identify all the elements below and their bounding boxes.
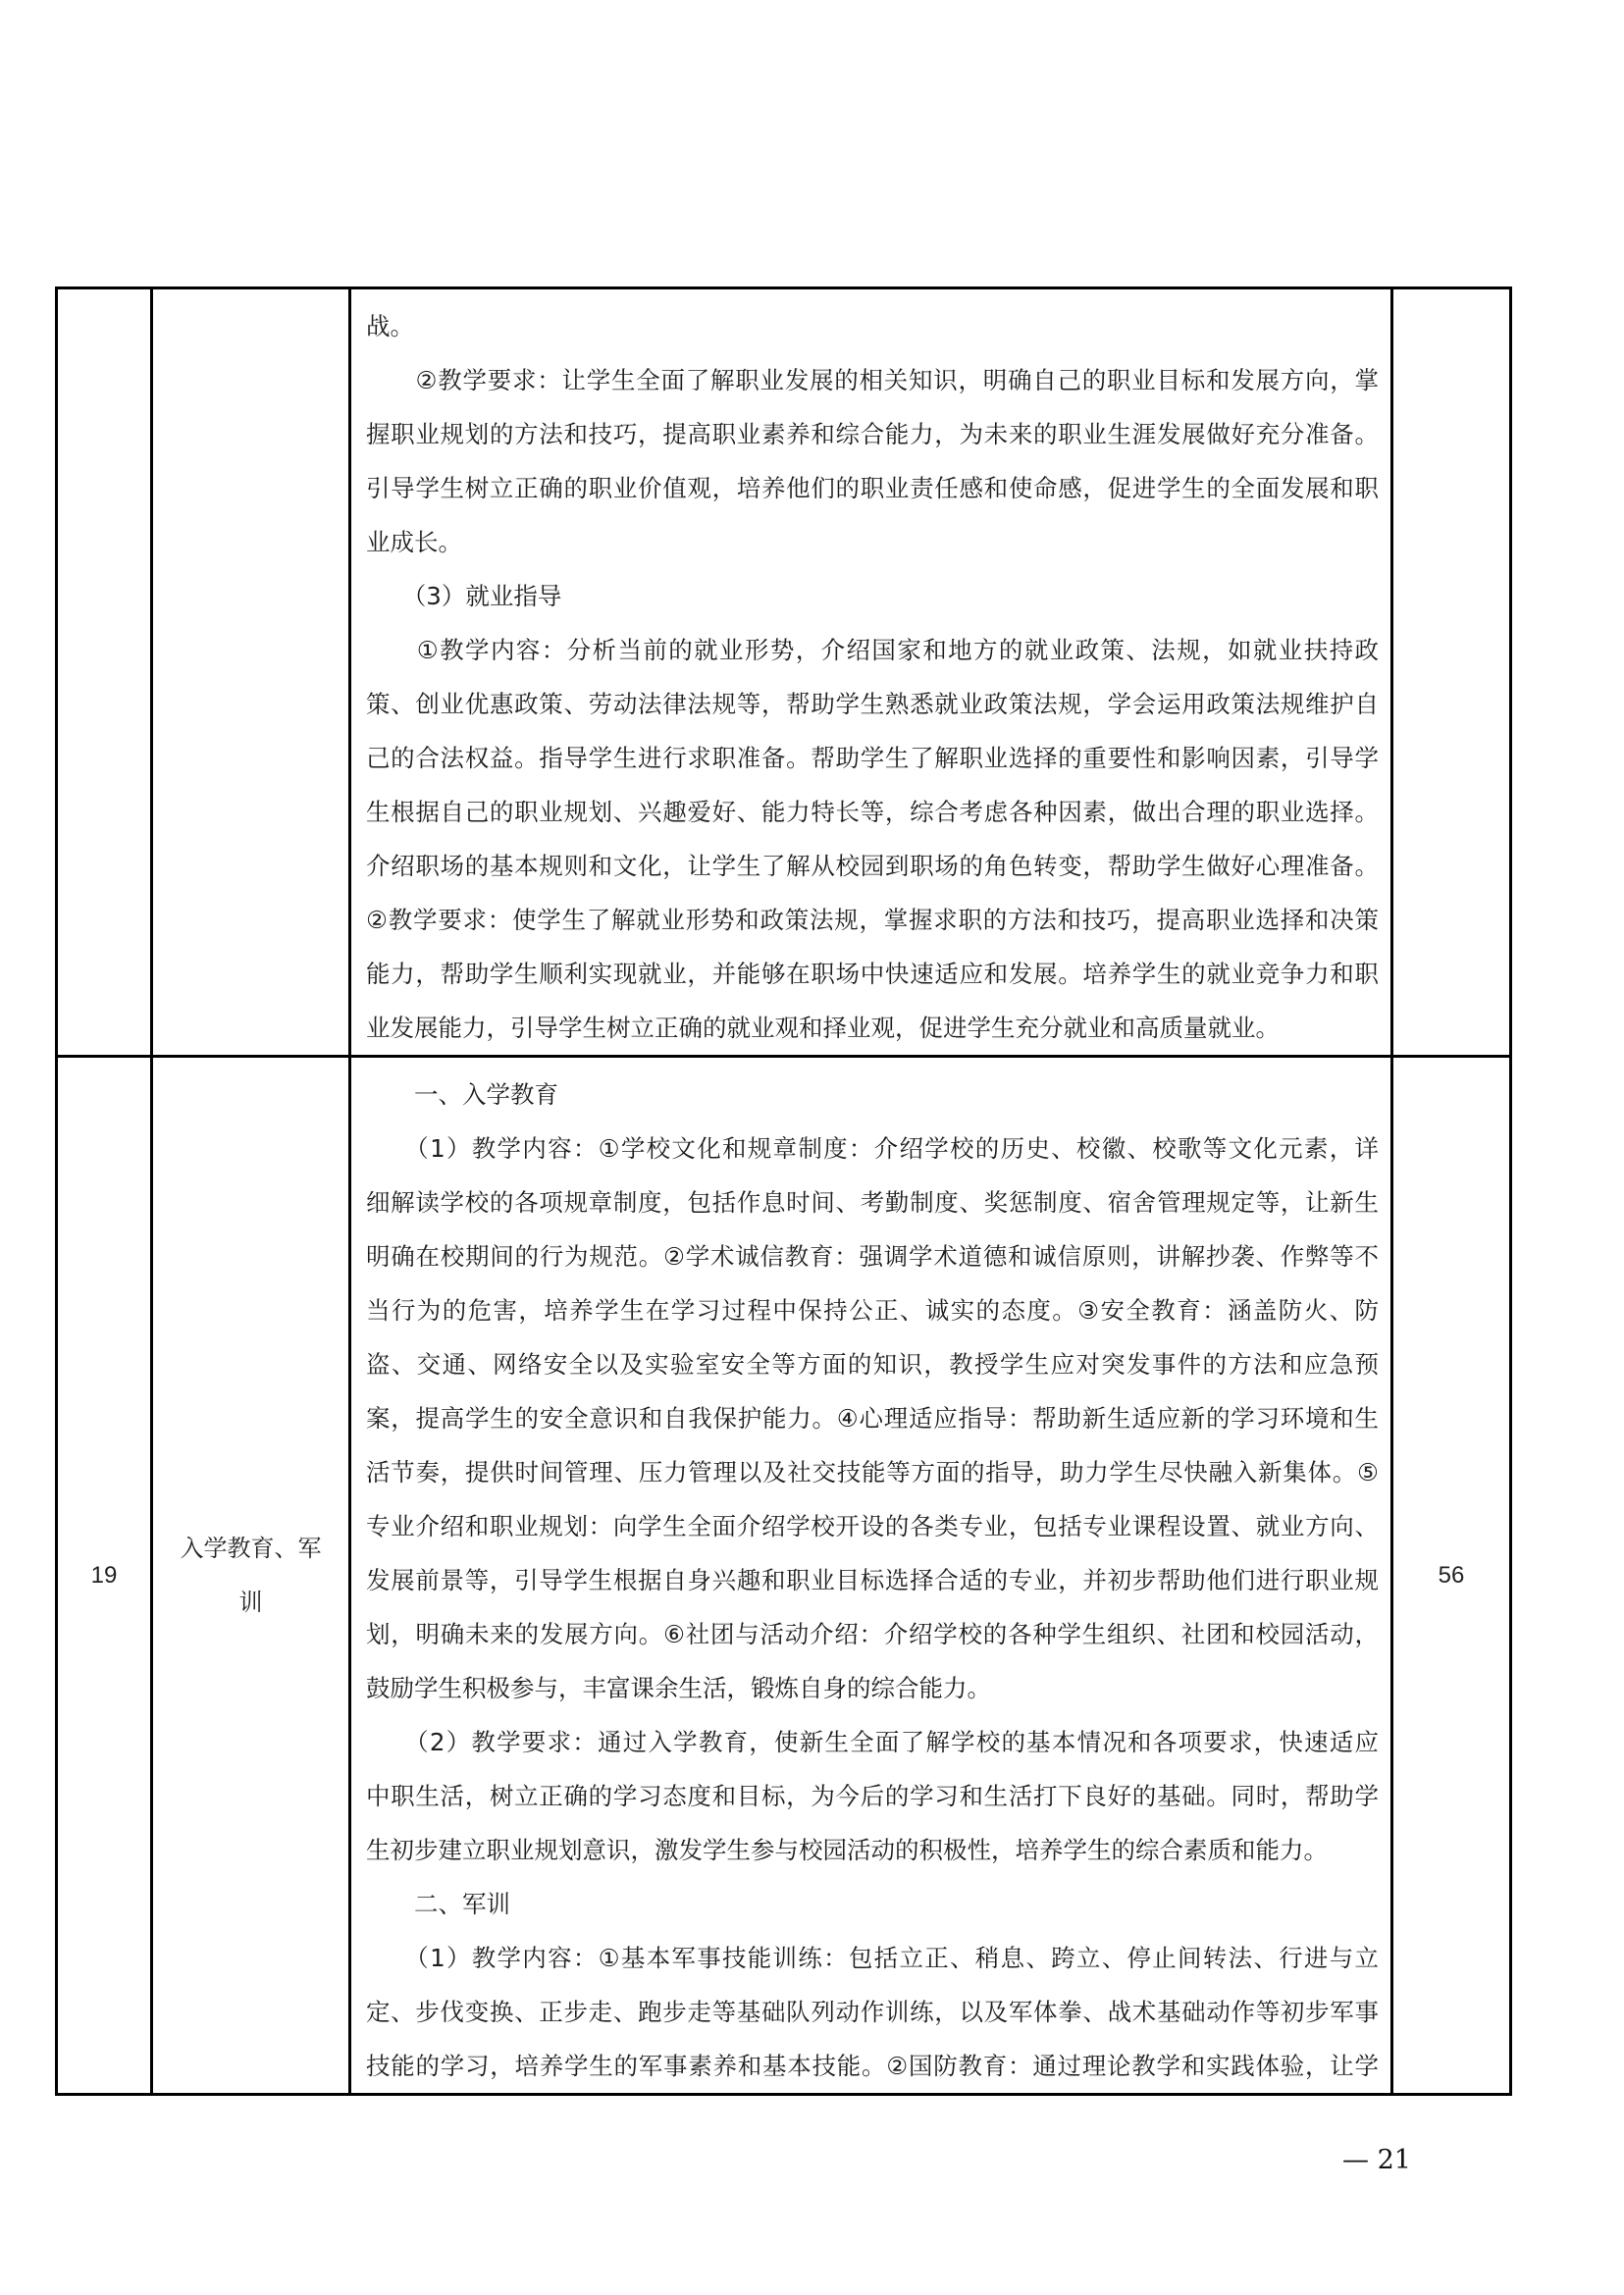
content-line: 握职业规划的方法和技巧，提高职业素养和综合能力，为未来的职业生涯发展做好充分准备… [366,407,1379,461]
row-number-cell [57,288,152,1057]
content-line: 定、步伐变换、正步走、跑步走等基础队列动作训练，以及军体拳、战术基础动作等初步军… [366,1985,1379,2039]
content-line: 专业介绍和职业规划：向学生全面介绍学校开设的各类专业，包括专业课程设置、就业方向… [366,1499,1379,1553]
content-line: ②教学要求：使学生了解就业形势和政策法规，掌握求职的方法和技巧，提高职业选择和决… [366,893,1379,947]
content-line: 活节奏，提供时间管理、压力管理以及社交技能等方面的指导，助力学生尽快融入新集体。… [366,1445,1379,1499]
content-line: （3）就业指导 [366,569,1379,623]
content-line: 生初步建立职业规划意识，激发学生参与校园活动的积极性，培养学生的综合素质和能力。 [366,1823,1379,1877]
content-line: 当行为的危害，培养学生在学习过程中保持公正、诚实的态度。③安全教育：涵盖防火、防 [366,1283,1379,1337]
content-line: （1）教学内容：①基本军事技能训练：包括立正、稍息、跨立、停止间转法、行进与立 [366,1931,1379,1985]
content-line: ①教学内容：分析当前的就业形势，介绍国家和地方的就业政策、法规，如就业扶持政 [366,623,1379,677]
content-lines: 战。 ②教学要求：让学生全面了解职业发展的相关知识，明确自己的职业目标和发展方向… [366,299,1379,1055]
hours-cell [1392,288,1511,1057]
course-name-cell [152,288,350,1057]
course-name-line: 入学教育、军 [165,1522,337,1576]
course-name-cell: 入学教育、军 训 [152,1057,350,2095]
content-line: 引导学生树立正确的职业价值观，培养他们的职业责任感和使命感，促进学生的全面发展和… [366,461,1379,515]
document-page: 战。 ②教学要求：让学生全面了解职业发展的相关知识，明确自己的职业目标和发展方向… [0,0,1624,2295]
content-line: 己的合法权益。指导学生进行求职准备。帮助学生了解职业选择的重要性和影响因素，引导… [366,731,1379,785]
table-row: 19 入学教育、军 训 一、入学教育 （1）教学内容：①学校文化和规章制度：介绍… [57,1057,1511,2095]
content-line: （1）教学内容：①学校文化和规章制度：介绍学校的历史、校徽、校歌等文化元素，详 [366,1121,1379,1175]
content-line: 明确在校期间的行为规范。②学术诚信教育：强调学术道德和诚信原则，讲解抄袭、作弊等… [366,1229,1379,1283]
content-line: 战。 [366,299,1379,353]
content-lines: 一、入学教育 （1）教学内容：①学校文化和规章制度：介绍学校的历史、校徽、校歌等… [366,1068,1379,2093]
content-line: 介绍职场的基本规则和文化，让学生了解从校园到职场的角色转变，帮助学生做好心理准备… [366,839,1379,893]
curriculum-table: 战。 ②教学要求：让学生全面了解职业发展的相关知识，明确自己的职业目标和发展方向… [55,287,1512,2096]
page-number: — 21 [1342,2145,1411,2175]
content-line: 生根据自己的职业规划、兴趣爱好、能力特长等，综合考虑各种因素，做出合理的职业选择… [366,785,1379,839]
content-line: 业发展能力，引导学生树立正确的就业观和择业观，促进学生充分就业和高质量就业。 [366,1001,1379,1055]
content-line: 鼓励学生积极参与，丰富课余生活，锻炼自身的综合能力。 [366,1661,1379,1715]
course-content-cell: 一、入学教育 （1）教学内容：①学校文化和规章制度：介绍学校的历史、校徽、校歌等… [350,1057,1392,2095]
content-line: 策、创业优惠政策、劳动法律法规等，帮助学生熟悉就业政策法规，学会运用政策法规维护… [366,677,1379,731]
content-line: 细解读学校的各项规章制度，包括作息时间、考勤制度、奖惩制度、宿舍管理规定等，让新… [366,1175,1379,1229]
hours-cell: 56 [1392,1057,1511,2095]
content-line: 案，提高学生的安全意识和自我保护能力。④心理适应指导：帮助新生适应新的学习环境和… [366,1391,1379,1445]
table-row: 战。 ②教学要求：让学生全面了解职业发展的相关知识，明确自己的职业目标和发展方向… [57,288,1511,1057]
content-line: 业成长。 [366,515,1379,569]
content-line: （2）教学要求：通过入学教育，使新生全面了解学校的基本情况和各项要求，快速适应 [366,1715,1379,1769]
content-line: 中职生活，树立正确的学习态度和目标，为今后的学习和生活打下良好的基础。同时，帮助… [366,1769,1379,1823]
course-name-line: 训 [165,1576,337,1630]
content-line: ②教学要求：让学生全面了解职业发展的相关知识，明确自己的职业目标和发展方向，掌 [366,353,1379,407]
content-line: 技能的学习，培养学生的军事素养和基本技能。②国防教育：通过理论教学和实践体验，让… [366,2039,1379,2093]
content-line: 发展前景等，引导学生根据自身兴趣和职业目标选择合适的专业，并初步帮助他们进行职业… [366,1553,1379,1607]
content-line: 能力，帮助学生顺利实现就业，并能够在职场中快速适应和发展。培养学生的就业竞争力和… [366,947,1379,1001]
content-line: 划，明确未来的发展方向。⑥社团与活动介绍：介绍学校的各种学生组织、社团和校园活动… [366,1607,1379,1661]
content-line: 二、军训 [366,1877,1379,1931]
content-line: 盗、交通、网络安全以及实验室安全等方面的知识，教授学生应对突发事件的方法和应急预 [366,1337,1379,1391]
course-content-cell: 战。 ②教学要求：让学生全面了解职业发展的相关知识，明确自己的职业目标和发展方向… [350,288,1392,1057]
content-line: 一、入学教育 [366,1068,1379,1121]
row-number-cell: 19 [57,1057,152,2095]
